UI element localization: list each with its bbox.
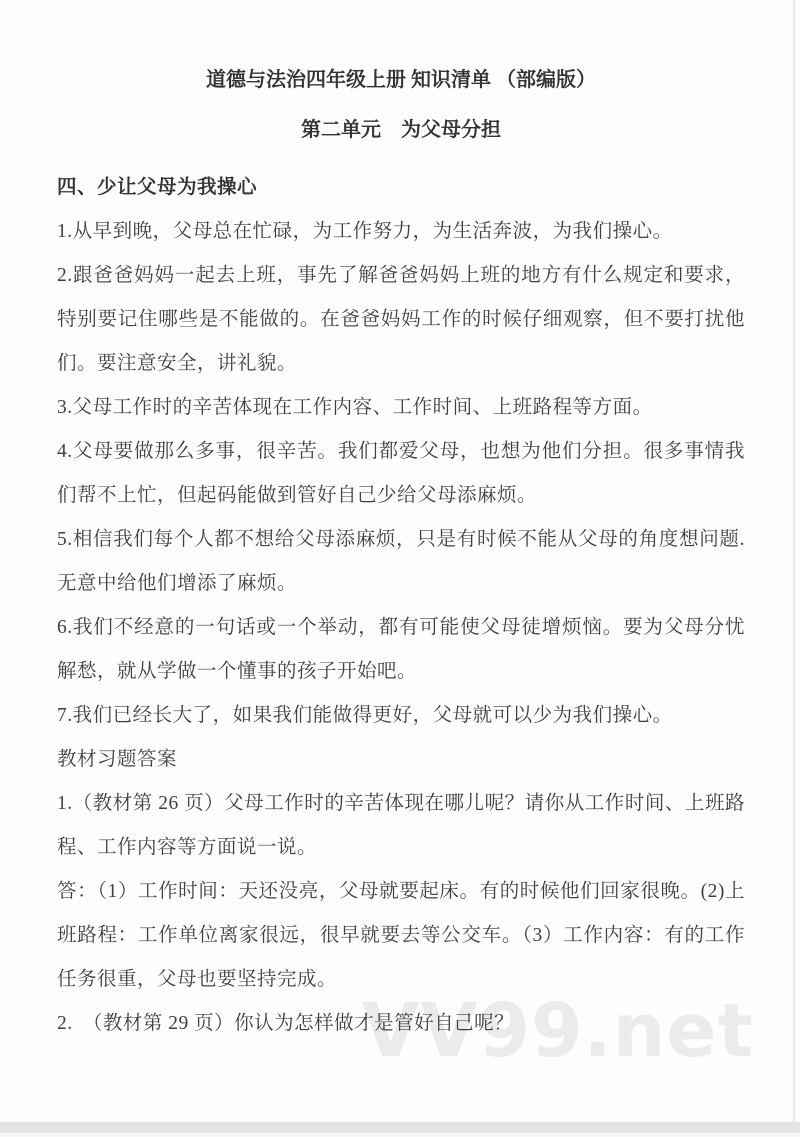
knowledge-point-5: 5.相信我们每个人都不想给父母添麻烦，只是有时候不能从父母的角度想问题.无意中给… (57, 518, 745, 606)
knowledge-point-4: 4.父母要做那么多事，很辛苦。我们都爱父母，也想为他们分担。很多事情我们帮不上忙… (57, 430, 745, 518)
knowledge-point-2: 2.跟爸爸妈妈一起去上班，事先了解爸爸妈妈上班的地方有什么规定和要求，特别要记住… (57, 254, 745, 386)
body-text: 四、少让父母为我操心 1.从早到晚，父母总在忙碌，为工作努力，为生活奔波，为我们… (57, 166, 745, 1046)
document-page: VV99.net 道德与法治四年级上册 知识清单 （部编版） 第二单元 为父母分… (0, 0, 800, 1137)
knowledge-point-6: 6.我们不经意的一句话或一个举动，都有可能使父母徒增烦恼。要为父母分忧解愁，就从… (57, 606, 745, 694)
answers-heading: 教材习题答案 (57, 738, 745, 782)
exercise-question-2: 2. （教材第 29 页）你认为怎样做才是管好自己呢？ (57, 1002, 745, 1046)
section-heading: 四、少让父母为我操心 (57, 166, 745, 210)
next-page-sliver (0, 1133, 800, 1137)
knowledge-point-1: 1.从早到晚，父母总在忙碌，为工作努力，为生活奔波，为我们操心。 (57, 210, 745, 254)
exercise-question-1: 1.（教材第 26 页）父母工作时的辛苦体现在哪儿呢？请你从工作时间、上班路程、… (57, 782, 745, 870)
page-separator (0, 1122, 800, 1133)
document-title: 道德与法治四年级上册 知识清单 （部编版） (57, 64, 745, 96)
unit-heading: 第二单元 为父母分担 (57, 114, 745, 146)
page-content: 道德与法治四年级上册 知识清单 （部编版） 第二单元 为父母分担 四、少让父母为… (0, 0, 800, 1046)
knowledge-point-3: 3.父母工作时的辛苦体现在工作内容、工作时间、上班路程等方面。 (57, 386, 745, 430)
knowledge-point-7: 7.我们已经长大了，如果我们能做得更好，父母就可以少为我们操心。 (57, 694, 745, 738)
exercise-answer-1: 答：（1）工作时间：天还没亮，父母就要起床。有的时候他们回家很晚。(2)上班路程… (57, 870, 745, 1002)
